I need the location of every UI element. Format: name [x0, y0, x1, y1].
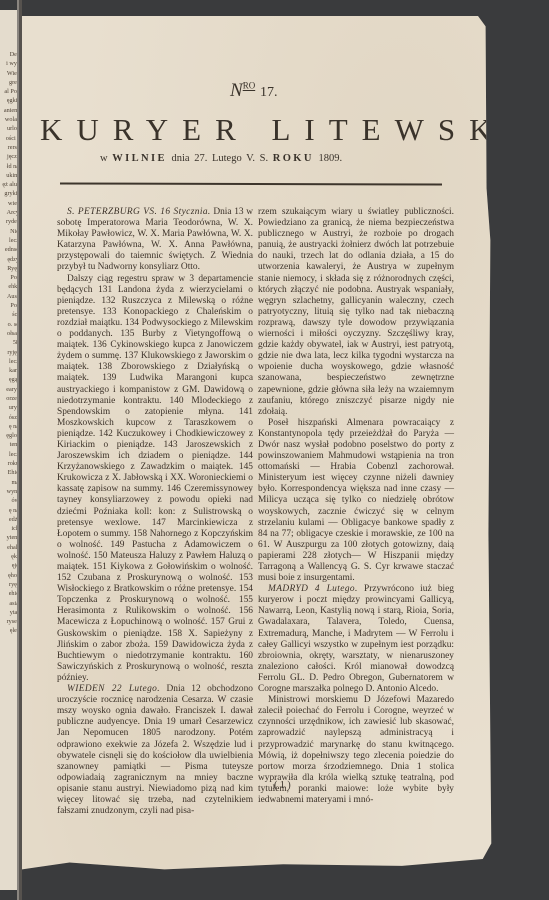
article-st-petersburg: S. PETERZBURG VS. 16 Stycznia. Dnia 13 w… [57, 207, 253, 274]
dateline-city: WILNIE [112, 153, 167, 164]
article-heading: S. PETERZBURG VS. 16 Stycznia. [67, 207, 211, 217]
article-heading: WIEDEN 22 Lutego. [67, 684, 160, 694]
newspaper-page: NRO 17. KURYER LITEWSKI w WILNIE dnia 27… [22, 16, 497, 878]
column-left: S. PETERZBURG VS. 16 Stycznia. Dnia 13 w… [57, 207, 253, 817]
article-wieden: WIEDEN 22 Lutego. Dnia 12 obchodzono uro… [57, 684, 253, 817]
article-heading: MADRYD 4 Lutego. [268, 584, 358, 594]
book-spine [19, 0, 22, 900]
number-suffix: RO [243, 81, 256, 91]
article-madryd: MADRYD 4 Lutego. Przywrócono iuż bieg ku… [258, 584, 454, 695]
dateline-date: dnia 27. Lutego V. S. [172, 153, 269, 164]
dateline-prefix: w [100, 153, 108, 164]
article-text: Dalszy ciąg regestru spraw w 3 departame… [57, 274, 253, 683]
number-prefix: N [230, 80, 243, 101]
newspaper-title: KURYER LITEWSKI [40, 112, 485, 148]
column-right: rzem szukaiącym wiary u światley publicz… [258, 207, 454, 806]
dateline-year: 1809. [318, 153, 342, 164]
article-text: Dnia 12 obchodzono uroczyście rocznicę n… [57, 684, 253, 816]
issue-number: NRO 17. [230, 80, 277, 102]
article-register: Dalszy ciąg regestru spraw w 3 departame… [57, 274, 253, 684]
article-continuation: rzem szukaiącym wiary u światley publicz… [258, 207, 454, 418]
article-text: rzem szukaiącym wiary u światley publicz… [258, 207, 454, 417]
article-text: Przywrócono iuż bieg kuryerow i poczt mi… [258, 584, 454, 694]
article-text: Poseł hiszpański Almenara powracaiący z … [258, 418, 454, 583]
page-number: ( 1 ) [274, 780, 291, 791]
dateline-year-label: ROKU [273, 153, 314, 164]
header-rule [60, 182, 442, 185]
issue-number-value: 17. [260, 85, 278, 100]
dateline: w WILNIE dnia 27. Lutego V. S. ROKU 1809… [100, 153, 342, 164]
article-posel: Poseł hiszpański Almenara powracaiący z … [258, 418, 454, 584]
